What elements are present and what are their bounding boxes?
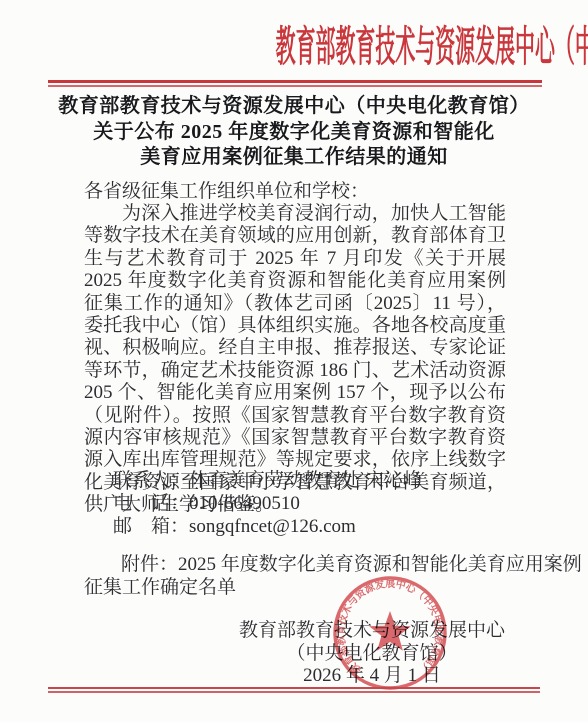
contact-phone-label: 电 话： [113,493,189,514]
document-title-line3: 美育应用案例征集工作结果的通知 [0,145,588,171]
document-page: 教育部教育技术与资源发展中心（中央电化教育馆）函件 教育部教育技术与资源发展中心… [0,0,588,722]
seal-star-icon [369,611,411,651]
contact-block: 联系人：体育美育劳动教育处 宋沁峰 电 话：010-66490510 邮 箱：s… [113,470,422,538]
letterhead-title: 教育部教育技术与资源发展中心（中央电化教育馆）函件 [276,24,588,72]
contact-email-value: songqfncet@126.com [189,516,356,537]
document-title-line1: 教育部教育技术与资源发展中心（中央电化教育馆） [0,94,588,120]
official-seal: 教育部教育技术与资源发展中心（中央电化教育馆） [327,570,453,696]
divider-thin-line [48,85,542,87]
contact-email-row: 邮 箱：songqfncet@126.com [113,516,422,539]
contact-person-label: 联系人： [113,470,189,491]
contact-person-row: 联系人：体育美育劳动教育处 宋沁峰 [113,470,422,493]
contact-person-value: 体育美育劳动教育处 宋沁峰 [189,470,422,491]
document-title-line2: 关于公布 2025 年度数字化美育资源和智能化 [0,120,588,146]
footer-divider [48,687,540,694]
contact-email-label: 邮 箱： [113,516,189,537]
letterhead: 教育部教育技术与资源发展中心（中央电化教育馆）函件 [0,24,588,72]
letterhead-divider [48,80,542,89]
salutation: 各省级征集工作组织单位和学校： [84,176,369,203]
document-title: 教育部教育技术与资源发展中心（中央电化教育馆） 关于公布 2025 年度数字化美… [0,94,588,171]
footer-line-bottom [48,691,540,693]
contact-phone-row: 电 话：010-66490510 [113,493,422,516]
contact-phone-value: 010-66490510 [189,493,300,514]
